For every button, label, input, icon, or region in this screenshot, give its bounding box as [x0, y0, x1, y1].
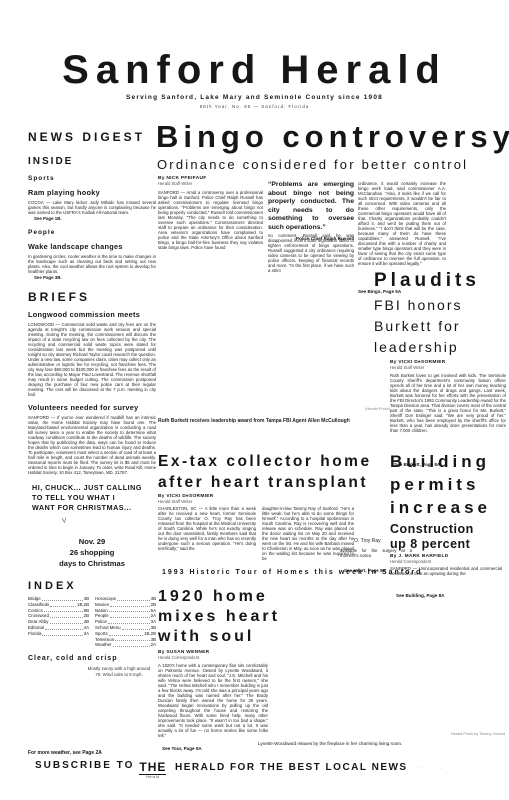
- plaudits-title: Plaudits: [374, 270, 480, 292]
- lead-pull-quote: “Problems are emerging about bingo not b…: [268, 181, 354, 241]
- heart-headline: Ex-tax collector home after heart transp…: [158, 451, 398, 493]
- lead-column-3: ordinance, it would certainly increase t…: [358, 181, 446, 266]
- wake-heading: Wake landscape changes: [28, 242, 156, 251]
- lead-column-1: SANFORD — Amid a controversy over a prof…: [158, 190, 263, 250]
- building-subhead: Construction up 8 percent: [390, 522, 474, 552]
- subscribe-promo: SUBSCRIBE TO THE Herald: [35, 760, 166, 779]
- home-story-body: A 1920's home with a contemporary flair …: [158, 663, 268, 738]
- home-byline-title: Herald Correspondent: [158, 655, 209, 660]
- ram-heading: Ram playing hooky: [28, 188, 156, 197]
- christmas-countdown: Nov. 29 26 shopping days to Christmas: [28, 536, 156, 569]
- herald-logo-name: Herald: [146, 775, 159, 779]
- home-jump-line: See Tour, Page 5A: [162, 746, 202, 751]
- fireplace-photo-credit: Herald Photo by Tommy Vincent: [420, 732, 505, 736]
- lead-byline: By NICK PFEIFAUF Herald Staff Writer: [158, 176, 207, 186]
- herald-logo: THE Herald: [139, 760, 166, 779]
- christmas-cartoon-text: HI, CHUCK... JUST CALLING TO TELL YOU WH…: [28, 483, 156, 513]
- lead-headline: Bingo controversy: [156, 119, 509, 155]
- weather-headline: Clear, cold and crisp: [28, 655, 156, 662]
- plaudits-body: Ruth Burkett loves to get involved with …: [390, 373, 506, 433]
- inside-title: INSIDE: [28, 156, 156, 167]
- lead-byline-title: Herald Staff Writer: [158, 181, 207, 186]
- herald-logo-the: THE: [139, 760, 166, 775]
- index-col-right: Horoscope3BMovies2BNation5APeople2APolic…: [95, 596, 156, 648]
- people-kicker: People: [28, 229, 156, 236]
- fireplace-photo-caption: Lynette Woodward relaxes by the fireplac…: [258, 741, 448, 746]
- volunteers-heading: Volunteers needed for survey: [28, 403, 156, 412]
- heart-byline: By VICKI DeSORMIER Herald Staff Writer: [158, 494, 214, 504]
- building-byline: By J. MARK BARFIELD Herald Correspondent: [390, 554, 448, 564]
- burkett-photo-caption: Ruth Burkett receives leadership award f…: [158, 418, 396, 424]
- news-digest-title: NEWS DIGEST: [28, 130, 156, 144]
- heart-byline-title: Herald Staff Writer: [158, 499, 214, 504]
- burkett-photo-credit: (Herald Photo): [250, 407, 390, 411]
- sports-kicker: Sports: [28, 175, 156, 182]
- wake-see-page: See Page 3B.: [28, 275, 156, 280]
- building-byline-title: Herald Correspondent: [390, 559, 448, 564]
- ram-body: COCOA — Lake Mary kicker Jody Mihalic ha…: [28, 200, 156, 215]
- lead-subhead: Ordinance considered for better control: [157, 157, 509, 172]
- home-story-headline: 1920 home mixes heart with soul: [158, 587, 280, 647]
- news-digest-rail: NEWS DIGEST INSIDE Sports Ram playing ho…: [28, 130, 156, 677]
- masthead-title: Sanford Herald: [0, 48, 509, 93]
- newspaper-front-page: Sanford Herald Serving Sanford, Lake Mar…: [0, 0, 509, 800]
- home-story-byline: By SUSAN WENNER Herald Correspondent: [158, 650, 209, 660]
- masthead-tagline: Serving Sanford, Lake Mary and Seminole …: [0, 94, 509, 101]
- index-title: INDEX: [28, 580, 156, 592]
- homes-tour-banner: 1993 Historic Tour of Homes this week in…: [162, 569, 454, 576]
- subscribe-text: SUBSCRIBE TO: [35, 760, 134, 771]
- plaudits-byline: By VICKI DeSORMIER Herald Staff Writer: [390, 360, 446, 370]
- index-entry: Florida3A: [28, 631, 89, 637]
- longwood-heading: Longwood commission meets: [28, 310, 156, 319]
- building-title: Building permits increase: [390, 450, 491, 519]
- wake-body: In gardening circles, cooler weather is …: [28, 254, 156, 274]
- volunteers-body: SANFORD — If you've ever wondered if roa…: [28, 415, 156, 475]
- masthead-issue-line: 86th Year, No. 86 — Sanford, Florida: [0, 104, 509, 109]
- weather-blurb: Mostly sunny with a high around 70. Wind…: [86, 666, 152, 677]
- index-entry: Weather2A: [95, 642, 156, 648]
- pull-quote-text: “Problems are emerging about bingo not b…: [268, 181, 354, 233]
- heart-column-1: CHARLESTON, SC — A little more than a we…: [158, 506, 256, 551]
- slogan-tail-marks: · · · · - · -: [414, 765, 443, 770]
- index-col-left: Bridge4BClassifieds1B,2BComics9BCrosswor…: [28, 596, 89, 648]
- more-weather-note: For more weather, see Page 2A: [28, 750, 102, 756]
- building-jump-line: See Building, Page 8A: [396, 593, 445, 598]
- briefs-title: BRIEFS: [28, 290, 156, 304]
- cartoon-doodle: V: [62, 516, 75, 525]
- plaudits-subhead: FBI honors Burkett for leadership: [374, 295, 462, 358]
- index-table: Bridge4BClassifieds1B,2BComics9BCrosswor…: [28, 596, 156, 648]
- slogan-promo: HERALD FOR THE BEST LOCAL NEWS · · · · -…: [175, 762, 443, 773]
- plaudits-byline-title: Herald Staff Writer: [390, 365, 446, 370]
- ram-see-page: See Page 1B.: [28, 216, 156, 221]
- lead-column-2: no comment. Russell said he was disappoi…: [268, 233, 354, 273]
- longwood-body: LONGWOOD — Commercial solid waste and ci…: [28, 322, 156, 397]
- slogan-text: HERALD FOR THE BEST LOCAL NEWS: [175, 762, 408, 773]
